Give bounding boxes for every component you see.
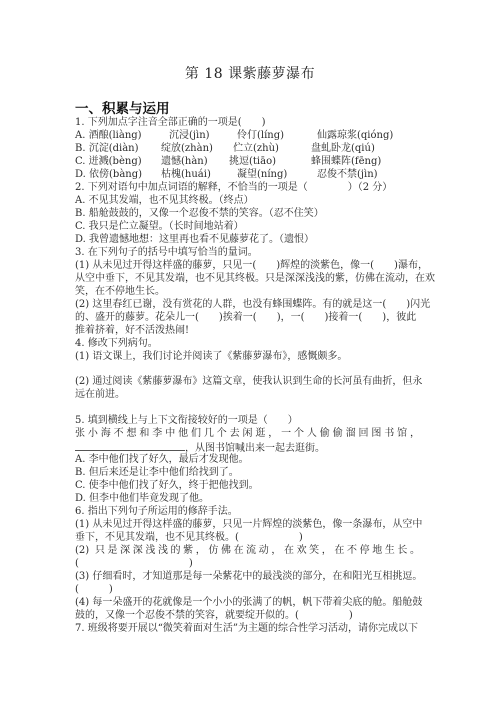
q4-sentence-2-line2: 远在前进。 (75, 388, 125, 401)
q1-b-3: 伫立(zhù) (233, 142, 305, 155)
q1-b-2: 绽放(zhàn) (161, 142, 221, 155)
q5-passage-line1: 张小海不想和李中他们几个去闲逛，一个人偷偷溜回图书馆， (75, 427, 420, 440)
q7-stem: 7. 班级将要开展以“微笑着面对生活”为主题的综合性学习活动，请你完成以下 (75, 622, 418, 635)
q1-c-3: 挑逗(tiāo) (229, 155, 301, 168)
q5-option-c: C. 使李中他们找了好久，终于把他找到。 (75, 479, 259, 492)
q4-sentence-1: (1) 语文课上，我们讨论并阅读了《紫藤萝瀑布》，感慨颇多。 (75, 350, 347, 363)
q1-option-d: D. 依傍(bàng)枯槐(huái)凝望(níng)忍俊不禁(jìn) (75, 168, 378, 181)
q6-s1-line1: (1) 从未见过开得这样盛的藤萝，只见一片辉煌的淡紫色，像一条瀑布，从空中 (75, 518, 422, 531)
q5-answer-blank[interactable] (75, 440, 185, 451)
q2-option-d: D. 我曾遗憾地想：这里再也看不见藤萝花了。（遗恨） (75, 233, 314, 246)
q2-option-c: C. 我只是伫立凝望。（长时间地站着） (75, 220, 244, 233)
q6-stem: 6. 指出下列句子所运用的修辞手法。 (75, 505, 238, 518)
q6-s1-line2: 垂下，不见其发端，也不见其终极。( ) (75, 531, 303, 544)
q3-p2-line2: 的、盛开的藤萝。花朵儿一( )挨着一( )，一( )接着一( )，彼此 (75, 311, 416, 324)
q1-a-2: 沉浸(jìn) (169, 129, 229, 142)
q1-c-1: C. 迸溅(bèng) (75, 155, 153, 168)
worksheet-page: 第 18 课紫藤萝瀑布 一、积累与运用 1. 下列加点字注音全部正确的一项是( … (0, 0, 500, 707)
q2-stem: 2. 下列对语句中加点词语的解释，不恰当的一项是（ ）（2 分） (75, 181, 392, 194)
q3-p1-line1: (1) 从未见过开得这样盛的藤萝，只见一( )辉煌的淡紫色，像一( )瀑布， (75, 259, 428, 272)
q1-d-4: 忍俊不禁(jìn) (317, 168, 378, 181)
q1-c-2: 遗憾(hàn) (161, 155, 221, 168)
q5-option-b: B. 但后来还是让李中他们给找到了。 (75, 466, 239, 479)
q1-b-1: B. 沉淀(diàn) (75, 142, 153, 155)
q6-s2-line1: (2) 只是深深浅浅的紫，仿佛在流动，在欢笑，在不停地生长。 (75, 544, 420, 557)
q1-c-4: 蜂围蝶阵(fēng) (311, 155, 381, 168)
q1-d-3: 凝望(níng) (237, 168, 309, 181)
q2-option-a: A. 不见其发端，也不见其终极。（终点） (75, 194, 254, 207)
q1-a-1: A. 酒酿(liàng) (75, 129, 153, 142)
q1-a-3: 伶仃(líng) (237, 129, 309, 142)
q1-a-4: 仙露琼浆(qióng) (317, 129, 393, 142)
q6-s3-line1: (3) 仔细看时，才知道那是每一朵紫花中的最浅淡的部分，在和阳光互相挑逗。 (75, 570, 422, 583)
page-title: 第 18 课紫藤萝瀑布 (0, 63, 500, 83)
q3-p2-line3: 推着挤着，好不活泼热闹! (75, 324, 189, 337)
q6-s4-line1: (4) 每一朵盛开的花就像是一个小小的张满了的帆，帆下带着尖底的舱。船舱鼓 (75, 596, 422, 609)
q1-option-c: C. 迸溅(bèng)遗憾(hàn)挑逗(tiāo)蜂围蝶阵(fēng) (75, 155, 381, 168)
q1-b-4: 盘虬卧龙(qiú) (311, 142, 375, 155)
q6-s3-line2: ( ) (75, 583, 113, 596)
q2-option-b: B. 船舱鼓鼓的，又像一个忍俊不禁的笑容。（忍不住笑） (75, 207, 324, 220)
q3-p1-line2: 从空中垂下，不见其发端，也不见其终极。只是深深浅浅的紫，仿佛在流动，在欢 (75, 272, 435, 285)
section-heading: 一、积累与运用 (75, 97, 170, 117)
q3-stem: 3. 在下列句子的括号中填写恰当的量词。 (75, 246, 258, 259)
q6-s2-line2: ( ) (75, 557, 193, 570)
q6-s4-line2: 鼓的，又像一个忍俊不禁的笑容，就要绽开似的。( ) (75, 609, 353, 622)
q3-p1-line3: 笑，在不停地生长。 (75, 285, 165, 298)
q1-d-2: 枯槐(huái) (161, 168, 221, 181)
q4-stem: 4. 修改下列病句。 (75, 337, 158, 350)
q4-sentence-2-line1: (2) 通过阅读《紫藤萝瀑布》这篇文章，使我认识到生命的长河虽有曲折，但永 (75, 375, 422, 388)
q3-p2-line1: (2) 这里春红已谢，没有赏花的人群，也没有蜂围蝶阵。有的就是这一( )闪光 (75, 298, 430, 311)
q1-d-1: D. 依傍(bàng) (75, 168, 153, 181)
q5-option-d: D. 但李中他们毕竟发现了他。 (75, 492, 209, 505)
q1-option-a: A. 酒酿(liàng)沉浸(jìn)伶仃(líng)仙露琼浆(qióng) (75, 129, 393, 142)
q5-stem: 5. 填到横线上与上下文衔接较好的一项是（ ） (75, 414, 298, 427)
q5-option-a: A. 李中他们找了好久，最后才发现他。 (75, 453, 249, 466)
q1-option-b: B. 沉淀(diàn)绽放(zhàn)伫立(zhù)盘虬卧龙(qiú) (75, 142, 375, 155)
q1-stem: 1. 下列加点字注音全部正确的一项是( ) (75, 116, 266, 129)
